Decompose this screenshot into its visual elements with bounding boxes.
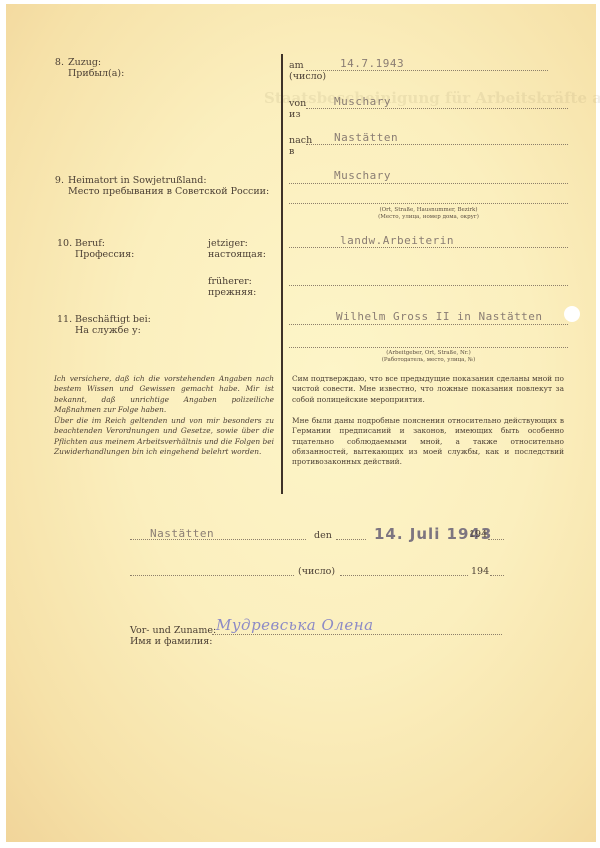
name-label: Vor- und Zuname: Имя и фамилия: xyxy=(130,625,216,647)
year-prefix-1: 194 xyxy=(469,529,487,540)
employer-caption: (Arbeitgeber, Ort, Straße, Nr.) (Работод… xyxy=(289,350,568,364)
dotted-line xyxy=(212,634,502,635)
dotted-line xyxy=(289,324,568,325)
dotted-line xyxy=(336,539,366,540)
declaration-de-1: Ich versichere, daß ich die vorstehenden… xyxy=(54,374,274,415)
form-page: Staatsbescheinigung für Arbeitskräfte au… xyxy=(6,4,596,842)
von-label: von из xyxy=(289,98,306,120)
section-11-label: 11.Beschäftigt bei: На службе у: xyxy=(57,314,151,336)
dotted-line xyxy=(289,183,568,184)
am-label: am (число) xyxy=(289,60,326,82)
dotted-line xyxy=(130,539,306,540)
employer-field[interactable]: Wilhelm Gross II in Nastätten xyxy=(336,310,543,323)
declaration-ru-1: Сим подтверждаю, что все предыдущие пока… xyxy=(292,374,564,405)
dotted-line xyxy=(289,347,568,348)
chislo-label: (число) xyxy=(298,566,335,577)
dotted-line xyxy=(306,144,568,145)
to-field[interactable]: Nastätten xyxy=(334,131,398,144)
show-through-text: Staatsbescheinigung für Arbeitskräfte au… xyxy=(264,89,600,107)
column-divider xyxy=(281,54,283,494)
from-field[interactable]: Muschary xyxy=(334,95,391,108)
arrival-date-field[interactable]: 14.7.1943 xyxy=(340,57,404,70)
den-label: den xyxy=(314,530,332,541)
nach-label: nach в xyxy=(289,135,312,157)
signature-field[interactable]: Мудревська Олена xyxy=(216,616,374,634)
dotted-line xyxy=(130,575,294,576)
section-8-label: 8.Zuzug: Прибыл(а): xyxy=(50,57,124,79)
year-prefix-2: 194 xyxy=(471,566,489,577)
dotted-line xyxy=(289,247,568,248)
dotted-line xyxy=(289,285,568,286)
dotted-line xyxy=(306,70,548,71)
hometown-field[interactable]: Muschary xyxy=(334,169,391,182)
dotted-line xyxy=(490,575,504,576)
current-profession-field[interactable]: landw.Arbeiterin xyxy=(340,234,454,247)
declaration-de-2: Über die im Reich geltenden und von mir … xyxy=(54,416,274,457)
dotted-line xyxy=(488,539,504,540)
current-profession-label: jetziger: настоящая: xyxy=(208,238,266,260)
former-profession-label: früherer: прежняя: xyxy=(208,276,256,298)
declaration-ru-2: Мне были даны подробные пояснения относи… xyxy=(292,416,564,467)
section-9-label: 9.Heimatort in Sowjetrußland: Место преб… xyxy=(50,175,269,197)
hometown-caption: (Ort, Straße, Hausnummer, Bezirk) (Место… xyxy=(289,207,568,221)
dotted-line xyxy=(306,108,568,109)
dotted-line xyxy=(340,575,468,576)
punch-hole xyxy=(564,306,580,322)
dotted-line xyxy=(289,203,568,204)
section-10-label: 10.Beruf: Профессия: xyxy=(57,238,134,260)
